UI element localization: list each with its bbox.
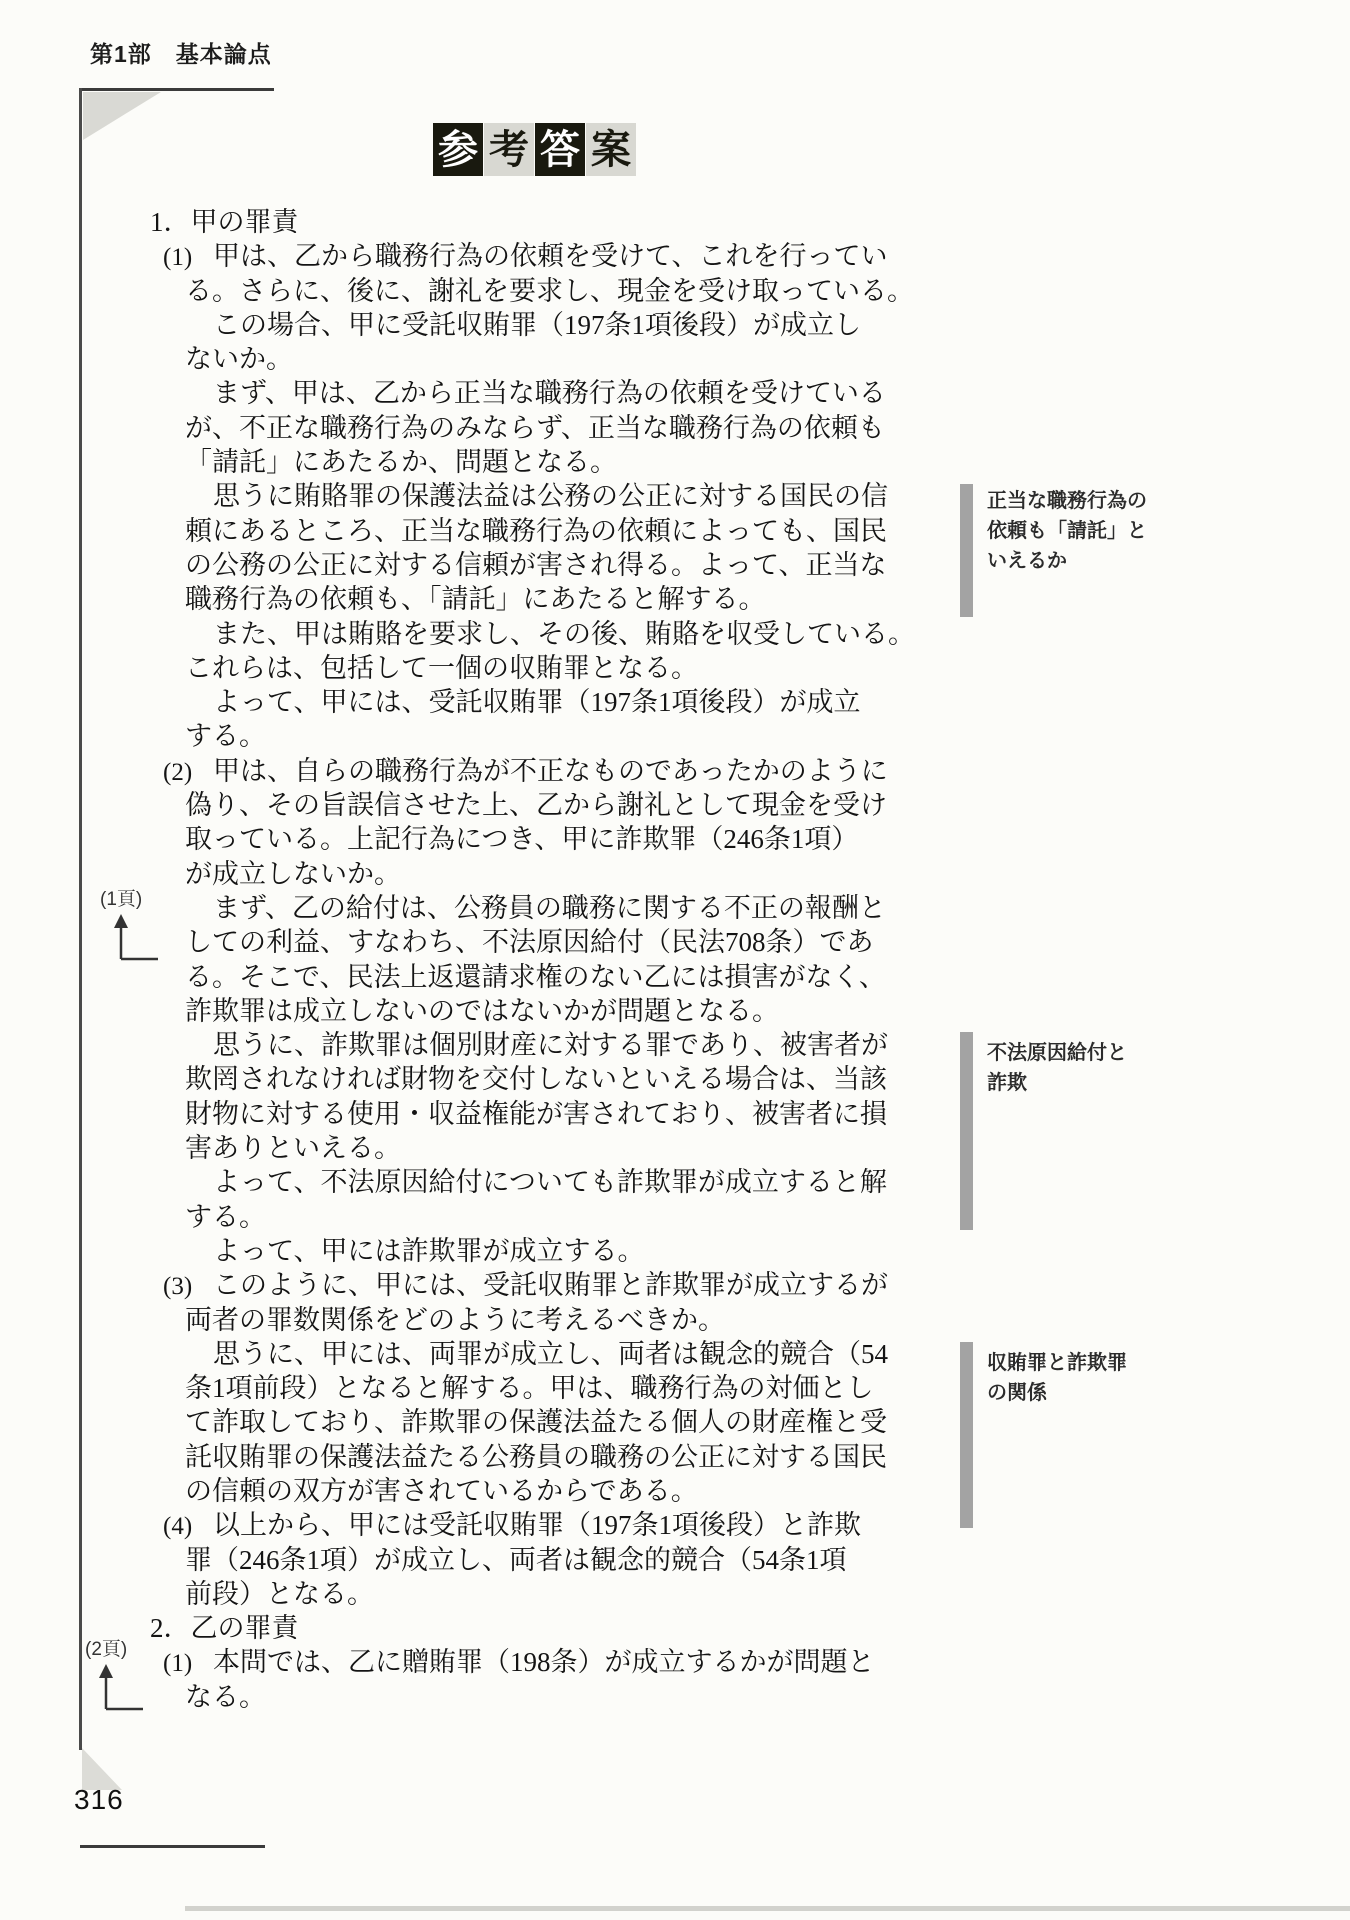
body-line: (3)このように、甲には、受託収賄罪と詐欺罪が成立するが xyxy=(0,1268,1000,1302)
margin-note-line: 収賄罪と詐欺罪 xyxy=(987,1348,1247,1378)
item-marker: (2) xyxy=(163,756,213,790)
body-line: (2)甲は、自らの職務行為が不正なものであったかのように xyxy=(0,754,1000,788)
margin-note-line: 不法原因給付と xyxy=(987,1038,1247,1068)
scan-edge-shadow xyxy=(185,1906,1350,1911)
body-line: 害ありといえる。 xyxy=(0,1131,1000,1165)
footer-rule xyxy=(80,1845,265,1848)
title-char: 考 xyxy=(484,123,534,176)
body-line: 偽り、その旨誤信させた上、乙から謝礼として現金を受け xyxy=(0,788,1000,822)
body-line: この場合、甲に受託収賄罪（197条1項後段）が成立し xyxy=(0,308,1000,342)
part-header: 第1部 基本論点 xyxy=(90,36,272,69)
body-line: (1)甲は、乙から職務行為の依頼を受けて、これを行ってい xyxy=(0,239,1000,273)
body-line: 頼にあるところ、正当な職務行為の依頼によっても、国民 xyxy=(0,514,1000,548)
body-line: 罪（246条1項）が成立し、両者は観念的競合（54条1項 xyxy=(0,1543,1000,1577)
body-line: なる。 xyxy=(0,1680,1000,1714)
page-ref-1: (1頁) xyxy=(100,884,142,911)
top-corner-fold xyxy=(83,92,161,140)
body-line: 「請託」にあたるか、問題となる。 xyxy=(0,445,1000,479)
body-line: 欺罔されなければ財物を交付しないといえる場合は、当該 xyxy=(0,1062,1000,1096)
body-line: 思うに賄賂罪の保護法益は公務の公正に対する国民の信 xyxy=(0,479,1000,513)
page-ref-2: (2頁) xyxy=(85,1634,127,1661)
margin-note-line: の関係 xyxy=(987,1378,1247,1408)
body-line: 託収賄罪の保護法益たる公務員の職務の公正に対する国民 xyxy=(0,1440,1000,1474)
body-line: まず、甲は、乙から正当な職務行為の依頼を受けている xyxy=(0,376,1000,410)
item-marker: (1) xyxy=(163,1647,213,1681)
margin-note-seitaku: 正当な職務行為の依頼も「請託」といえるか xyxy=(987,486,1247,576)
margin-note-bar-3 xyxy=(960,1342,973,1528)
body-line: 2．乙の罪責 xyxy=(0,1611,1000,1645)
page-ref-arrow-icon xyxy=(110,914,162,969)
title-char: 参 xyxy=(433,123,483,176)
body-line: 1．甲の罪責 xyxy=(0,205,1000,239)
item-marker: (1) xyxy=(163,241,213,275)
title-char: 答 xyxy=(535,123,585,176)
body-line: 取っている。上記行為につき、甲に詐欺罪（246条1項） xyxy=(0,822,1000,856)
body-line: 前段）となる。 xyxy=(0,1577,1000,1611)
body-line: 詐欺罪は成立しないのではないかが問題となる。 xyxy=(0,994,1000,1028)
body-line: よって、甲には詐欺罪が成立する。 xyxy=(0,1234,1000,1268)
page-ref-arrow-icon xyxy=(95,1664,147,1719)
margin-note-line: いえるか xyxy=(987,546,1247,576)
body-line: 職務行為の依頼も、「請託」にあたると解する。 xyxy=(0,582,1000,616)
body-line: 思うに、詐欺罪は個別財産に対する罪であり、被害者が xyxy=(0,1028,1000,1062)
page-number: 316 xyxy=(74,1784,124,1816)
body-line: が、不正な職務行為のみならず、正当な職務行為の依頼も xyxy=(0,411,1000,445)
body-line: する。 xyxy=(0,719,1000,753)
book-page: 第1部 基本論点 参考答案 1．甲の罪責(1)甲は、乙から職務行為の依頼を受けて… xyxy=(0,0,1350,1920)
item-marker: (4) xyxy=(163,1510,213,1544)
margin-note-line: 正当な職務行為の xyxy=(987,486,1247,516)
body-line: これらは、包括して一個の収賄罪となる。 xyxy=(0,651,1000,685)
margin-note-kankei: 収賄罪と詐欺罪の関係 xyxy=(987,1348,1247,1408)
body-line: て詐取しており、詐欺罪の保護法益たる個人の財産権と受 xyxy=(0,1405,1000,1439)
body-line: る。さらに、後に、謝礼を要求し、現金を受け取っている。 xyxy=(0,274,1000,308)
answer-title: 参考答案 xyxy=(433,123,637,176)
body-line: ないか。 xyxy=(0,342,1000,376)
margin-note-bar-1 xyxy=(960,484,973,617)
body-line: の信頼の双方が害されているからである。 xyxy=(0,1474,1000,1508)
header-rule xyxy=(80,88,274,91)
body-line: よって、甲には、受託収賄罪（197条1項後段）が成立 xyxy=(0,685,1000,719)
body-line: (4)以上から、甲には受託収賄罪（197条1項後段）と詐欺 xyxy=(0,1508,1000,1542)
body-line: が成立しないか。 xyxy=(0,857,1000,891)
body-line: 両者の罪数関係をどのように考えるべきか。 xyxy=(0,1303,1000,1337)
body-line: 財物に対する使用・収益権能が害されており、被害者に損 xyxy=(0,1097,1000,1131)
margin-note-bar-2 xyxy=(960,1032,973,1230)
body-line: する。 xyxy=(0,1200,1000,1234)
body-line: 思うに、甲には、両罪が成立し、両者は観念的競合（54 xyxy=(0,1337,1000,1371)
body-line: よって、不法原因給付についても詐欺罪が成立すると解 xyxy=(0,1165,1000,1199)
title-char: 案 xyxy=(586,123,636,176)
body-line: また、甲は賄賂を要求し、その後、賄賂を収受している。 xyxy=(0,617,1000,651)
body-line: (1)本問では、乙に贈賄罪（198条）が成立するかが問題と xyxy=(0,1645,1000,1679)
margin-note-fuhogenkin: 不法原因給付と詐欺 xyxy=(987,1038,1247,1098)
margin-note-line: 詐欺 xyxy=(987,1068,1247,1098)
margin-note-line: 依頼も「請託」と xyxy=(987,516,1247,546)
body-line: 条1項前段）となると解する。甲は、職務行為の対価とし xyxy=(0,1371,1000,1405)
body-line: の公務の公正に対する信頼が害され得る。よって、正当な xyxy=(0,548,1000,582)
item-marker: (3) xyxy=(163,1270,213,1304)
